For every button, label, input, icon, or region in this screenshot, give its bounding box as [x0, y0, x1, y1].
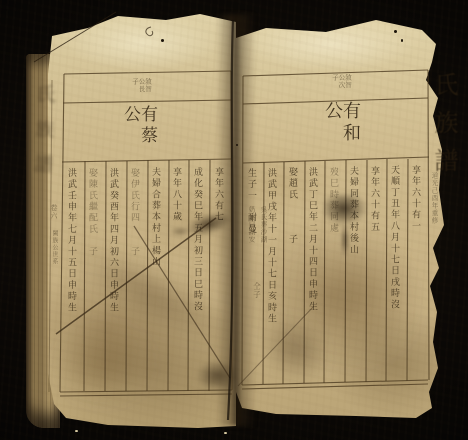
- genealogy-column: 娶伊氏行四 子: [130, 168, 139, 278]
- genealogy-column: 洪武癸酉年四月初六日申時生: [109, 168, 118, 318]
- genealogy-column: 成化癸巳年五月初三日巳時沒: [193, 167, 202, 317]
- note-column: 仝子: [253, 282, 261, 306]
- genealogy-column: 娶陳氏繼配氏 子: [88, 168, 97, 278]
- genealogy-column: 享年六十有一: [411, 165, 420, 245]
- left-ancestor-name: 有蔡公: [122, 105, 156, 161]
- paper-speck: [75, 430, 78, 432]
- genealogy-column: 天順丁丑年八月十七日戌時沒: [390, 165, 399, 315]
- genealogy-column: 享年八十歲: [172, 167, 181, 237]
- ink-dot: [401, 39, 403, 42]
- genealogy-column: 夫婦合葬本村上楊山: [151, 167, 160, 277]
- genealogy-column: 歿巳時葬同處: [329, 167, 338, 257]
- genealogy-column: 洪武壬申年七月十五日申時生: [67, 168, 76, 318]
- ink-dot: [394, 30, 397, 33]
- right-lineage-note: 敘智公次子: [322, 74, 350, 94]
- genealogy-column: 洪武甲戌年十一月十七日亥時生: [267, 168, 276, 328]
- margin-note: 闔族公世系: [51, 230, 57, 308]
- genealogy-column: 夫婦同葬本村後山: [349, 166, 358, 266]
- right-ancestor-name: 有和公: [324, 101, 360, 159]
- genealogy-column: 洪武丁巳年二月十四日申時生: [308, 167, 317, 317]
- paper-speck: [224, 432, 227, 434]
- genealogy-column: 娶趙氏 子: [288, 167, 297, 277]
- note-column: 奶連曰湖安: [247, 206, 254, 272]
- ink-dot: [236, 144, 238, 146]
- left-lineage-note: 敘智公長子: [122, 78, 150, 98]
- photo-of-open-genealogy-book: 氏族譜 卷六 闔族公世系 敘智公長子 有蔡公 享年六有七 成化癸巳年五月初三日巳…: [0, 0, 468, 440]
- genealogy-column: 享年六十有五: [370, 166, 379, 246]
- edge-note: 道光己酉年重修: [430, 172, 437, 242]
- volume-label: 卷六: [50, 204, 57, 220]
- genealogy-column: 享年六有七: [214, 167, 223, 237]
- note-column: 吳氏葬沙湖: [259, 206, 266, 266]
- ink-dot: [161, 39, 164, 42]
